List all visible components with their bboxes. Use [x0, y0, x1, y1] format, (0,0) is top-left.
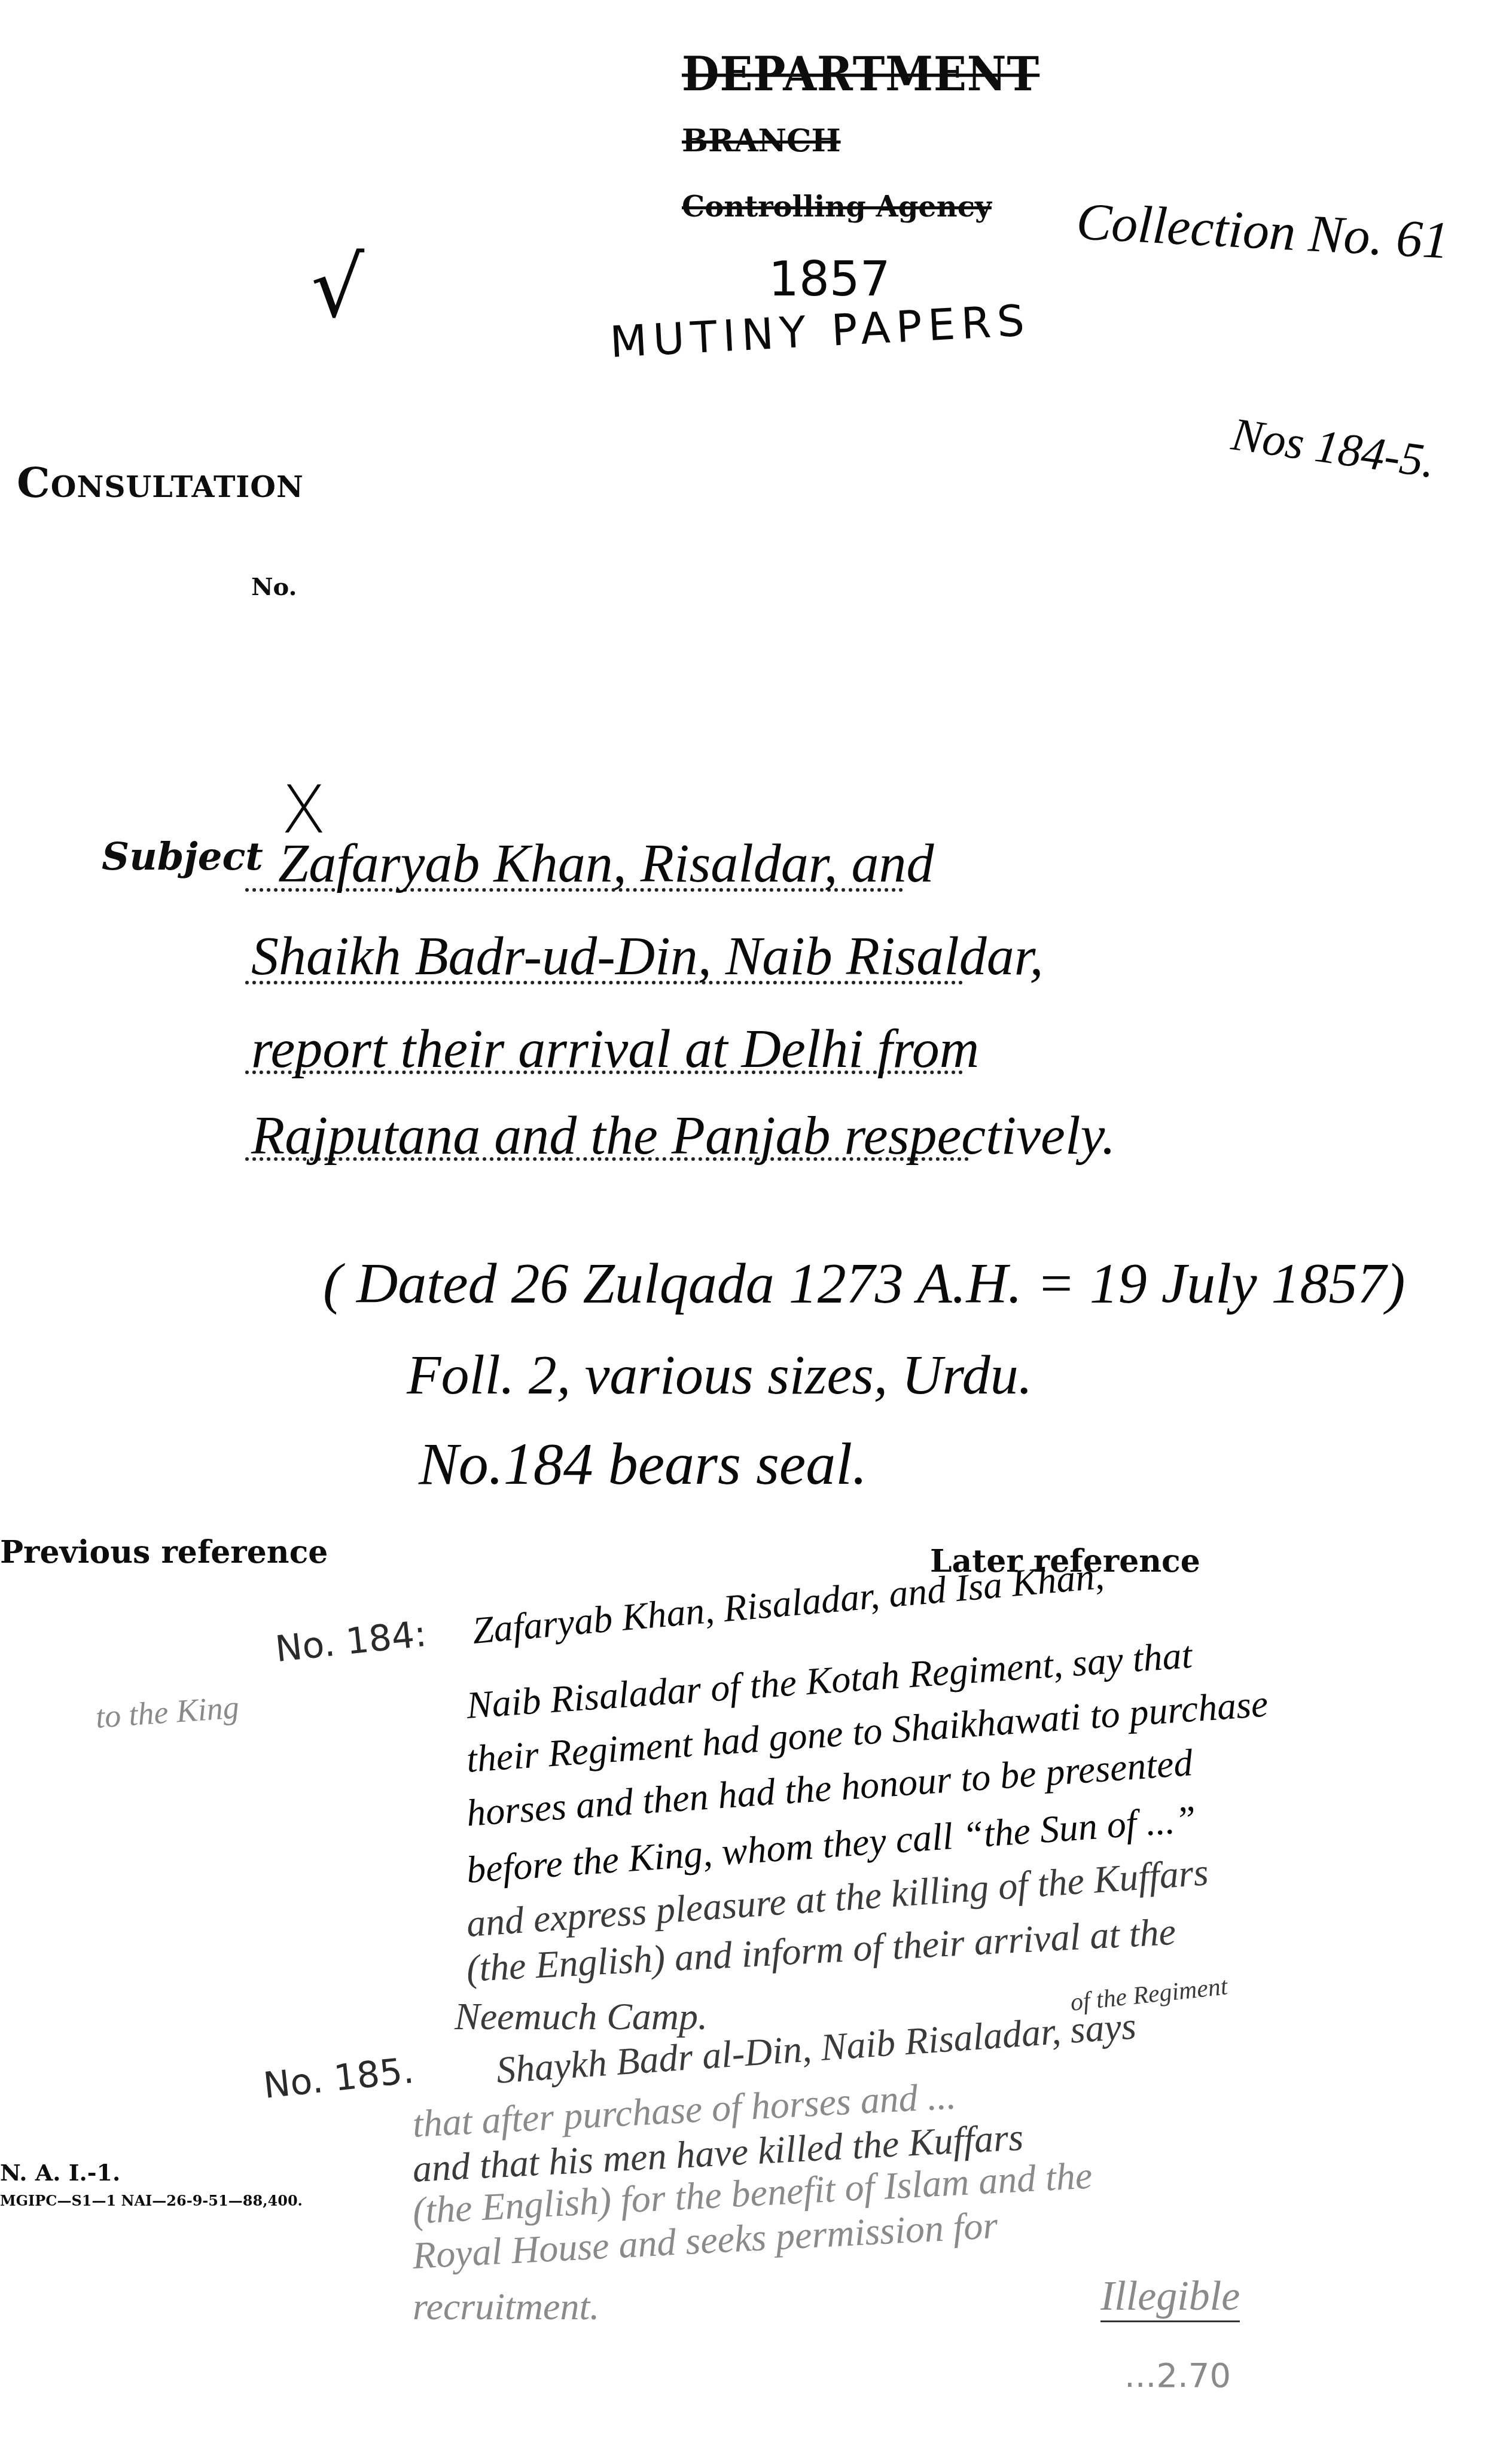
date-note: ( Dated 26 Zulqada 1273 A.H. = 19 July 1…	[323, 1250, 1406, 1316]
subject-line: Zafaryab Khan, Risaldar, and	[278, 831, 934, 895]
folio-note: Foll. 2, various sizes, Urdu.	[407, 1343, 1032, 1407]
check-mark-icon: √	[311, 239, 364, 337]
signature: Illegible	[1100, 2273, 1240, 2322]
note-line: Neemuch Camp.	[455, 1995, 708, 2039]
previous-reference-note: to the King	[94, 1688, 240, 1736]
department-label: DEPARTMENT	[682, 45, 1039, 102]
note-line: recruitment.	[413, 2285, 599, 2329]
collection-number: Collection No. 61	[1075, 191, 1450, 271]
document-numbers: Nos 184-5.	[1228, 407, 1439, 489]
controlling-agency-label: Controlling Agency	[682, 190, 992, 224]
branch-label: BRANCH	[682, 123, 841, 159]
consultation-label: Consultation	[17, 458, 304, 507]
seal-note: No.184 bears seal.	[419, 1429, 867, 1498]
previous-reference-label: Previous reference	[0, 1534, 328, 1571]
subject-line: Rajputana and the Panjab respectively.	[251, 1103, 1115, 1167]
note-number: No. 185.	[261, 2050, 416, 2107]
series-title: MUTINY PAPERS	[609, 295, 1032, 367]
note-line: Zafaryab Khan, Risaladar, and Isa Khan,	[471, 1554, 1106, 1653]
subject-line: report their arrival at Delhi from	[251, 1017, 979, 1080]
subject-label: Subject	[102, 834, 263, 879]
note-number: No. 184:	[273, 1613, 428, 1670]
form-code: N. A. I.-1.	[0, 2159, 120, 2186]
year-annotation: 1857	[769, 251, 891, 307]
subject-line: Shaikh Badr-ud-Din, Naib Risaldar,	[251, 924, 1043, 987]
signature-date: ...2.70	[1124, 2356, 1231, 2395]
consultation-number-label: No.	[251, 573, 297, 601]
printer-imprint: MGIPC—S1—1 NAI—26-9-51—88,400.	[0, 2192, 303, 2209]
